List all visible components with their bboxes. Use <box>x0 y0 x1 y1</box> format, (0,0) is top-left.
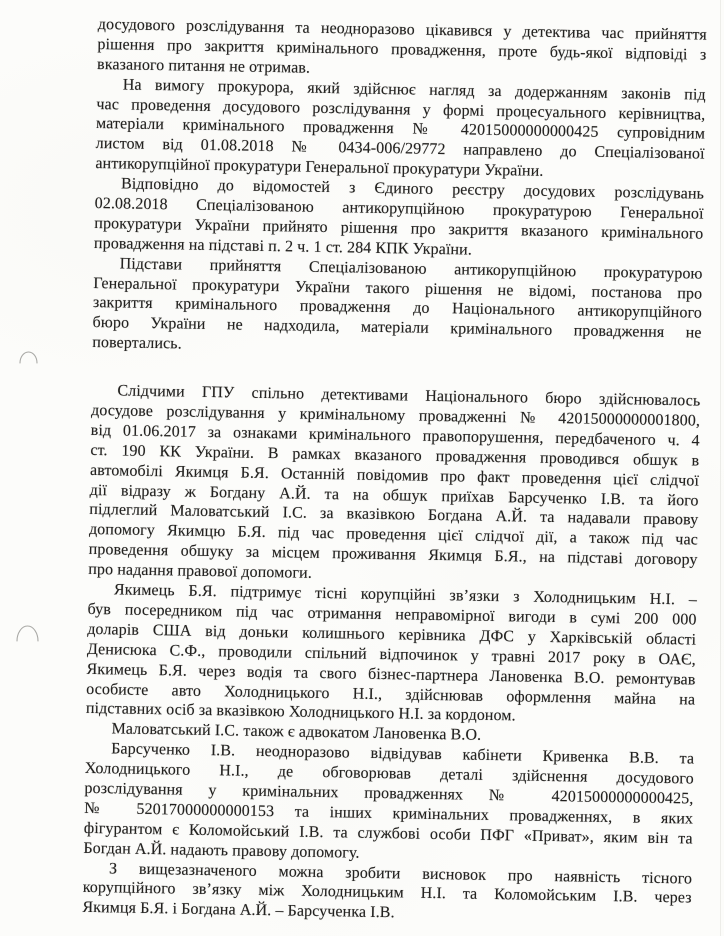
binding-arc-mark <box>19 351 38 364</box>
paragraph: На вимогу прокурора, який здійснює нагля… <box>95 75 706 185</box>
paragraph: Барсученко І.В. неодноразово відвідував … <box>83 739 694 869</box>
paragraph: Підстави прийняття Спеціалізованою антик… <box>92 254 703 364</box>
paragraph: З вищезазначеного можна зробити висновок… <box>82 858 692 928</box>
scanned-page: досудового розслідування та неодноразово… <box>0 0 724 936</box>
paragraph: Відповідно до відомостей з Єдиного реєст… <box>94 174 704 264</box>
paragraph: досудового розслідування та неодноразово… <box>97 15 707 85</box>
binding-arc-mark <box>16 625 39 642</box>
document-text: досудового розслідування та неодноразово… <box>82 15 707 929</box>
paragraph: Якимець Б.Я. підтримує тісні корупційні … <box>86 580 697 730</box>
paragraph: Слідчими ГПУ спільно детективами Націона… <box>88 381 700 591</box>
